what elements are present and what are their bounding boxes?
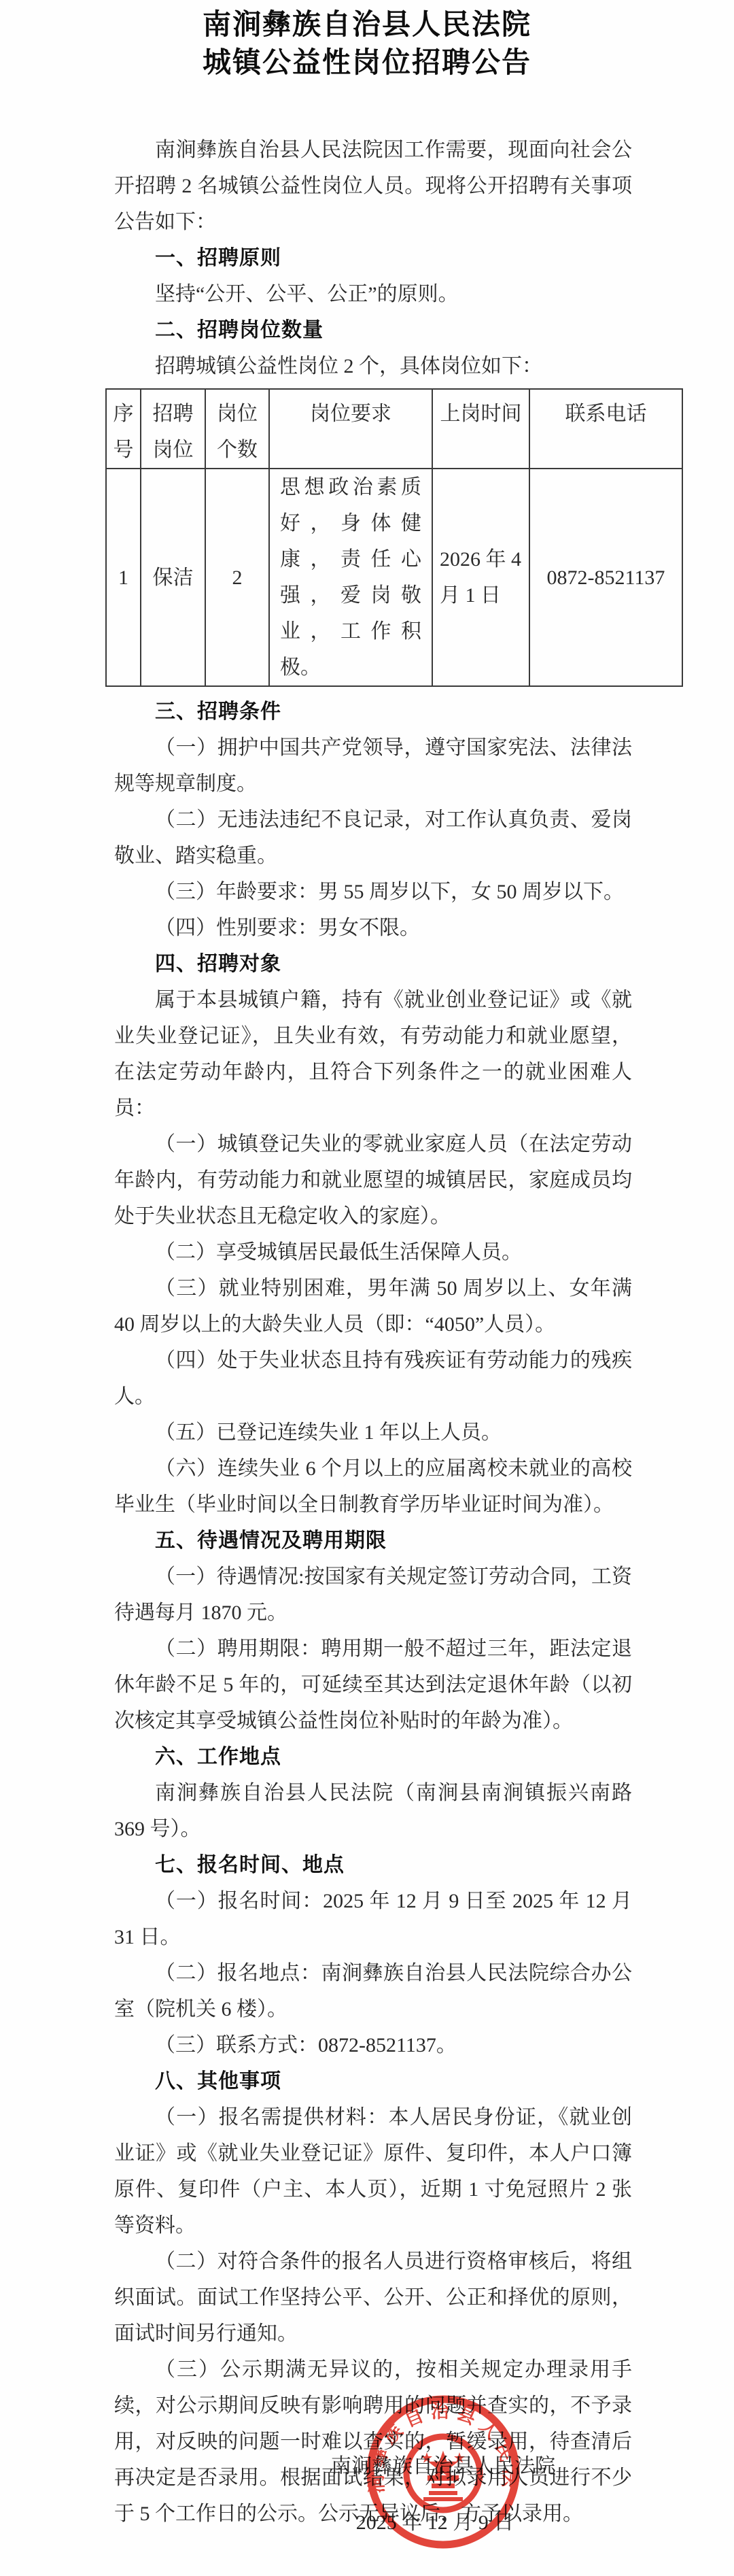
paragraph: 南涧彝族自治县人民法院（南涧县南涧镇振兴南路 369 号）。 — [114, 1775, 632, 1847]
paragraph: （四）性别要求：男女不限。 — [114, 910, 632, 946]
document-body: 南涧彝族自治县人民法院 城镇公益性岗位招聘公告 南涧彝族自治县人民法院因工作需要… — [0, 0, 734, 2532]
paragraph: （三）就业特别困难，男年满 50 周岁以上、女年满 40 周岁以上的大龄失业人员… — [114, 1270, 632, 1342]
section-heading-6: 六、工作地点 — [114, 1739, 632, 1775]
cell-index: 1 — [106, 469, 141, 686]
title-line-2: 城镇公益性岗位招聘公告 — [102, 44, 632, 82]
table-header-position: 招聘 岗位 — [141, 389, 205, 469]
official-seal: 南涧彝族自治县人民法院 — [362, 2391, 524, 2553]
table-header-count: 岗位 个数 — [205, 389, 269, 469]
table-header-requirements: 岗位要求 — [269, 389, 432, 469]
cell-start-date: 2026 年 4 月 1 日 — [432, 469, 529, 686]
recruitment-table: 序 号 招聘 岗位 岗位 个数 岗位要求 上岗时间 — [105, 388, 683, 687]
section-heading-5: 五、待遇情况及聘用期限 — [114, 1523, 632, 1559]
cell-phone: 0872-8521137 — [529, 469, 682, 686]
section-heading-7: 七、报名时间、地点 — [114, 1847, 632, 1883]
paragraph: （一）待遇情况:按国家有关规定签订劳动合同，工资待遇每月 1870 元。 — [114, 1559, 632, 1631]
cell-position: 保洁 — [141, 469, 205, 686]
section-heading-4: 四、招聘对象 — [114, 946, 632, 982]
paragraph: （三）联系方式：0872-8521137。 — [114, 2027, 632, 2063]
section-heading-3: 三、招聘条件 — [114, 694, 632, 730]
title-line-1: 南涧彝族自治县人民法院 — [102, 5, 632, 44]
paragraph: （一）拥护中国共产党领导，遵守国家宪法、法律法规等规章制度。 — [114, 730, 632, 802]
paragraph: 属于本县城镇户籍，持有《就业创业登记证》或《就业失业登记证》，且失业有效，有劳动… — [114, 982, 632, 1126]
paragraph: （一）报名时间：2025 年 12 月 9 日至 2025 年 12 月 31 … — [114, 1883, 632, 1955]
paragraph: 坚持“公开、公平、公正”的原则。 — [114, 276, 632, 312]
table-header-index: 序 号 — [106, 389, 141, 469]
paragraph: （二）聘用期限：聘用期一般不超过三年，距法定退休年龄不足 5 年的，可延续至其达… — [114, 1631, 632, 1739]
paragraph: （四）处于失业状态且持有残疾证有劳动能力的残疾人。 — [114, 1342, 632, 1414]
paragraph: （一）报名需提供材料：本人居民身份证，《就业创业证》或《就业失业登记证》原件、复… — [114, 2099, 632, 2243]
paragraph: （二）无违法违纪不良记录，对工作认真负责、爱岗敬业、踏实稳重。 — [114, 802, 632, 874]
section-heading-2: 二、招聘岗位数量 — [114, 312, 632, 348]
seal-gate-icon — [423, 2475, 463, 2501]
table-header-row: 序 号 招聘 岗位 岗位 个数 岗位要求 上岗时间 — [106, 389, 682, 469]
paragraph: （五）已登记连续失业 1 年以上人员。 — [114, 1414, 632, 1451]
paragraph: 招聘城镇公益性岗位 2 个，具体岗位如下： — [114, 348, 632, 384]
paragraph: （二）对符合条件的报名人员进行资格审核后，将组织面试。面试工作坚持公平、公开、公… — [114, 2243, 632, 2352]
table-row: 1 保洁 2 思想政治素质好，身体健康，责任心强，爱岗敬业，工作积极。 2026… — [106, 469, 682, 686]
paragraph: （三）年龄要求：男 55 周岁以下，女 50 周岁以下。 — [114, 874, 632, 910]
table-header-phone: 联系电话 — [529, 389, 682, 469]
intro-paragraph: 南涧彝族自治县人民法院因工作需要，现面向社会公开招聘 2 名城镇公益性岗位人员。… — [114, 132, 632, 240]
seal-star-icon — [421, 2451, 465, 2479]
cell-count: 2 — [205, 469, 269, 686]
section-heading-1: 一、招聘原则 — [114, 240, 632, 276]
paragraph: （二）享受城镇居民最低生活保障人员。 — [114, 1234, 632, 1270]
paragraph: （一）城镇登记失业的零就业家庭人员（在法定劳动年龄内，有劳动能力和就业愿望的城镇… — [114, 1126, 632, 1234]
announcement-page: 南涧彝族自治县人民法院 城镇公益性岗位招聘公告 南涧彝族自治县人民法院因工作需要… — [0, 0, 734, 2576]
cell-requirements: 思想政治素质好，身体健康，责任心强，爱岗敬业，工作积极。 — [269, 469, 432, 686]
document-title: 南涧彝族自治县人民法院 城镇公益性岗位招聘公告 — [102, 5, 632, 82]
section-heading-8: 八、其他事项 — [114, 2063, 632, 2099]
paragraph: （二）报名地点：南涧彝族自治县人民法院综合办公室（院机关 6 楼）。 — [114, 1955, 632, 2027]
paragraph: （六）连续失业 6 个月以上的应届离校未就业的高校毕业生（毕业时间以全日制教育学… — [114, 1451, 632, 1523]
table-header-start-date: 上岗时间 — [432, 389, 529, 469]
